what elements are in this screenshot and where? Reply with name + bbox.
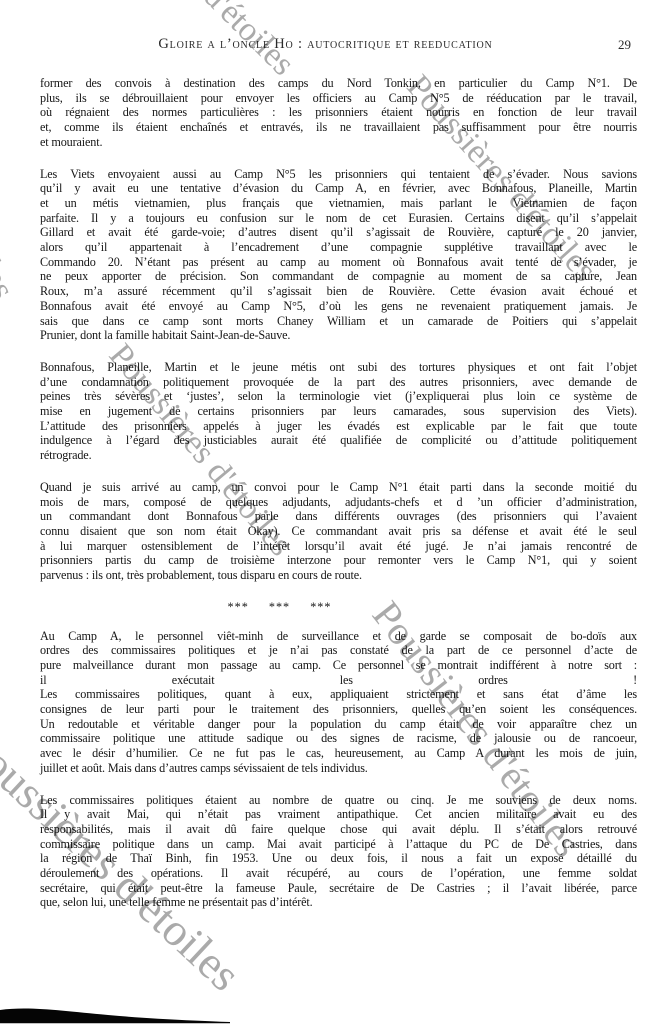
text-line: Bonnafous avait été envoyé au Camp N°5, … — [40, 299, 637, 314]
running-header-title: Gloire a l’oncle Ho : autocritique et re… — [40, 36, 637, 53]
text-line: Les Viets envoyaient aussi au Camp N°5 l… — [40, 167, 637, 182]
text-line: la région de Thaï Binh, fin 1953. Une ou… — [40, 851, 637, 866]
text-line: Les commissaires politiques, quant à eux… — [40, 687, 637, 702]
text-line: où régnaient des normes particulières : … — [40, 105, 637, 120]
text-line: prisonniers partis du camp de troisième … — [40, 553, 637, 568]
text-line: qu’il y avait eu une tentative d’évasion… — [40, 181, 637, 196]
scan-shadow-artifact — [0, 1006, 232, 1024]
text-line: déroulement des opérations. Il avait réc… — [40, 866, 637, 881]
text-line: mise en jugement de certains prisonniers… — [40, 404, 637, 419]
text-line: responsabilités, mais il avait dû faire … — [40, 822, 637, 837]
text-line: peines très sévères et ‘justes’, selon l… — [40, 389, 637, 404]
text-line: Un redoutable et véritable danger pour l… — [40, 717, 637, 732]
text-line: à lui marquer ostensiblement de l’intérê… — [40, 539, 637, 554]
text-line: former des convois à destination des cam… — [40, 76, 637, 91]
text-line: Commando 20. N’étant pas présent au camp… — [40, 255, 637, 270]
text-line: il exécutait les ordres ! — [40, 673, 637, 688]
page-header: Gloire a l’oncle Ho : autocritique et re… — [40, 36, 637, 56]
scanned-book-page: Gloire a l’oncle Ho : autocritique et re… — [0, 0, 671, 1024]
text-line: secrétaire, qui était peut-être la fameu… — [40, 881, 637, 896]
text-line: juillet et août. Mais dans d’autres camp… — [40, 761, 637, 776]
paragraph: Les commissaires politiques étaient au n… — [40, 793, 637, 911]
text-line: Bonnafous, Planeille, Martin et le jeune… — [40, 360, 637, 375]
text-line: Il y avait Mai, qui n’était pas vraiment… — [40, 807, 637, 822]
text-line: un commandant dont Bonnafous parle dans … — [40, 509, 637, 524]
section-separator: *** *** *** — [40, 600, 637, 615]
text-line: que, selon lui, une telle femme ne prése… — [40, 895, 637, 910]
text-line: et un métis vietnamien, plus français qu… — [40, 196, 637, 211]
paragraph: Bonnafous, Planeille, Martin et le jeune… — [40, 360, 637, 463]
text-line: Roux, m’a assuré récemment qu’il s’agiss… — [40, 284, 637, 299]
text-line: parfaite. Il y a toujours eu confusion s… — [40, 211, 637, 226]
text-line: rétrograde. — [40, 448, 637, 463]
text-line: Les commissaires politiques étaient au n… — [40, 793, 637, 808]
text-line: d’une condamnation politiquement provoqu… — [40, 375, 637, 390]
watermark-text: Poussières d'étoiles — [0, 40, 24, 306]
paragraph: Au Camp A, le personnel viêt-minh de sur… — [40, 629, 637, 776]
text-line: et, comme ils étaient enchaînés et entra… — [40, 120, 637, 135]
text-line: ne peux apporter de précision. Son comma… — [40, 269, 637, 284]
text-line: Gillard et avait été garde-voie; d’autre… — [40, 225, 637, 240]
text-line: avec le désir d’humilier. Ce ne fut pas … — [40, 746, 637, 761]
text-line: et mouraient. — [40, 135, 637, 150]
text-line: consignes de leur parti pour le traiteme… — [40, 702, 637, 717]
text-line: Prunier, dont la famille habitait Saint-… — [40, 328, 637, 343]
text-line: commissaire politique dans un camp. Mai … — [40, 837, 637, 852]
paragraph: former des convois à destination des cam… — [40, 76, 637, 150]
text-line: Au Camp A, le personnel viêt-minh de sur… — [40, 629, 637, 644]
text-line: pure malveillance durant mon passage au … — [40, 658, 637, 673]
text-line: mois de mars, composé de quelques adjuda… — [40, 495, 637, 510]
page-number: 29 — [618, 37, 631, 53]
text-line: commissaire politique une attitude sadiq… — [40, 731, 637, 746]
paragraph: Les Viets envoyaient aussi au Camp N°5 l… — [40, 167, 637, 343]
text-line: connu disaient que son nom était Okay). … — [40, 524, 637, 539]
text-line: ordres des commissaires politiques et je… — [40, 643, 637, 658]
text-line: L’attitude des prisonniers appelés à jug… — [40, 419, 637, 434]
page-body: former des convois à destination des cam… — [40, 76, 637, 927]
text-line: plus, ils se débrouillaient pour envoyer… — [40, 91, 637, 106]
text-line: parvenus : ils ont, très probablement, t… — [40, 568, 637, 583]
text-line: Quand je suis arrivé au camp, un convoi … — [40, 480, 637, 495]
text-line: indulgence à l’égard des justiciables au… — [40, 433, 637, 448]
paragraph: Quand je suis arrivé au camp, un convoi … — [40, 480, 637, 583]
text-line: alors qu’il appartenait à l’encadrement … — [40, 240, 637, 255]
text-line: sais que dans ce camp sont morts Chaney … — [40, 314, 637, 329]
